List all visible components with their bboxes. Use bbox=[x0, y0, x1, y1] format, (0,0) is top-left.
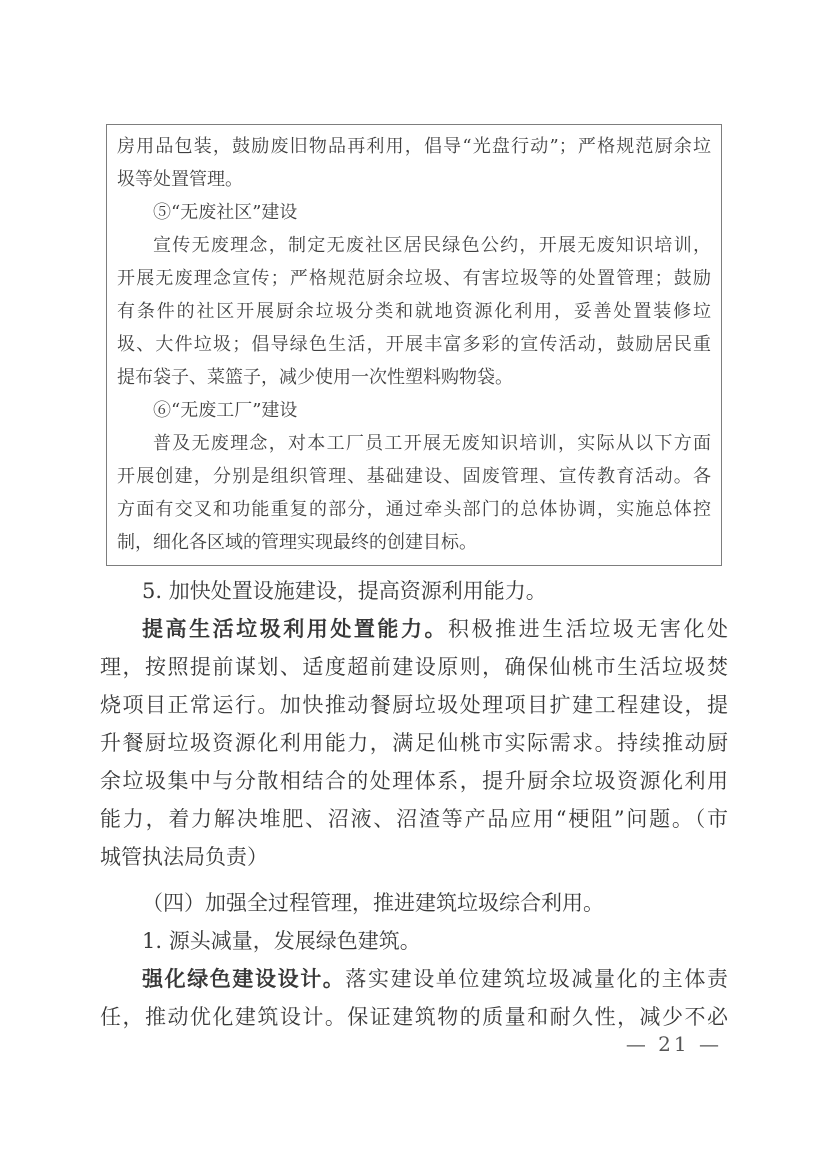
box-line: 开展创建，分别是组织管理、基础建设、固废管理、宣传教育活动。各 bbox=[117, 460, 711, 493]
box-line: 方面有交叉和功能重复的部分，通过牵头部门的总体协调，实施总体控 bbox=[117, 493, 711, 526]
body-line: 烧项目正常运行。加快推动餐厨垃圾处理项目扩建工程建设，提 bbox=[100, 686, 728, 724]
box-line: 宣传无废理念，制定无废社区居民绿色公约，开展无废知识培训， bbox=[117, 229, 711, 262]
document-page: { "page": { "page_number": "21", "page_n… bbox=[0, 0, 826, 1168]
line-text: 积极推进生活垃圾无害化处 bbox=[448, 617, 728, 641]
body-line: 升餐厨垃圾资源化利用能力，满足仙桃市实际需求。持续推动厨 bbox=[100, 724, 728, 762]
box-line: 普及无废理念，对本工厂员工开展无废知识培训，实际从以下方面 bbox=[117, 427, 711, 460]
box-line-item-heading: ⑥“无废工厂”建设 bbox=[117, 394, 711, 427]
page-number: — 21 — bbox=[626, 1032, 722, 1056]
bold-lead-text: 提高生活垃圾利用处置能力。 bbox=[142, 616, 448, 641]
body-line-section-heading: （四）加强全过程管理，推进建筑垃圾综合利用。 bbox=[100, 884, 728, 922]
box-line: 圾等处置管理。 bbox=[117, 163, 711, 196]
body-text-section: 5. 加快处置设施建设，提高资源利用能力。 提高生活垃圾利用处置能力。积极推进生… bbox=[100, 572, 728, 1036]
box-line: 圾、大件垃圾；倡导绿色生活，开展丰富多彩的宣传活动，鼓励居民重 bbox=[117, 328, 711, 361]
body-line: 理，按照提前谋划、适度超前建设原则，确保仙桃市生活垃圾焚 bbox=[100, 648, 728, 686]
box-line: 房用品包装，鼓励废旧物品再利用，倡导“光盘行动”；严格规范厨余垃 bbox=[117, 130, 711, 163]
body-line: 强化绿色建设设计。落实建设单位建筑垃圾减量化的主体责 bbox=[100, 960, 728, 998]
body-line: 城管执法局负责） bbox=[100, 838, 728, 876]
body-line: 提高生活垃圾利用处置能力。积极推进生活垃圾无害化处 bbox=[100, 610, 728, 648]
body-line: 任，推动优化建筑设计。保证建筑物的质量和耐久性，减少不必 bbox=[100, 998, 728, 1036]
line-text: 落实建设单位建筑垃圾减量化的主体责 bbox=[345, 967, 728, 991]
box-line-item-heading: ⑤“无废社区”建设 bbox=[117, 196, 711, 229]
body-line: 余垃圾集中与分散相结合的处理体系，提升厨余垃圾资源化利用 bbox=[100, 762, 728, 800]
bold-lead-text: 强化绿色建设设计。 bbox=[142, 966, 345, 991]
box-line: 制，细化各区域的管理实现最终的创建目标。 bbox=[117, 526, 711, 559]
box-line: 提布袋子、菜篮子，减少使用一次性塑料购物袋。 bbox=[117, 361, 711, 394]
box-line: 有条件的社区开展厨余垃圾分类和就地资源化利用，妥善处置装修垃 bbox=[117, 295, 711, 328]
body-line: 能力，着力解决堆肥、沼液、沼渣等产品应用“梗阻”问题。（市 bbox=[100, 800, 728, 838]
boxed-text-section: 房用品包装，鼓励废旧物品再利用，倡导“光盘行动”；严格规范厨余垃 圾等处置管理。… bbox=[106, 124, 722, 566]
body-line-numbered-heading: 5. 加快处置设施建设，提高资源利用能力。 bbox=[100, 572, 728, 610]
box-line: 开展无废理念宣传；严格规范厨余垃圾、有害垃圾等的处置管理；鼓励 bbox=[117, 262, 711, 295]
body-line-numbered-heading: 1. 源头减量，发展绿色建筑。 bbox=[100, 922, 728, 960]
